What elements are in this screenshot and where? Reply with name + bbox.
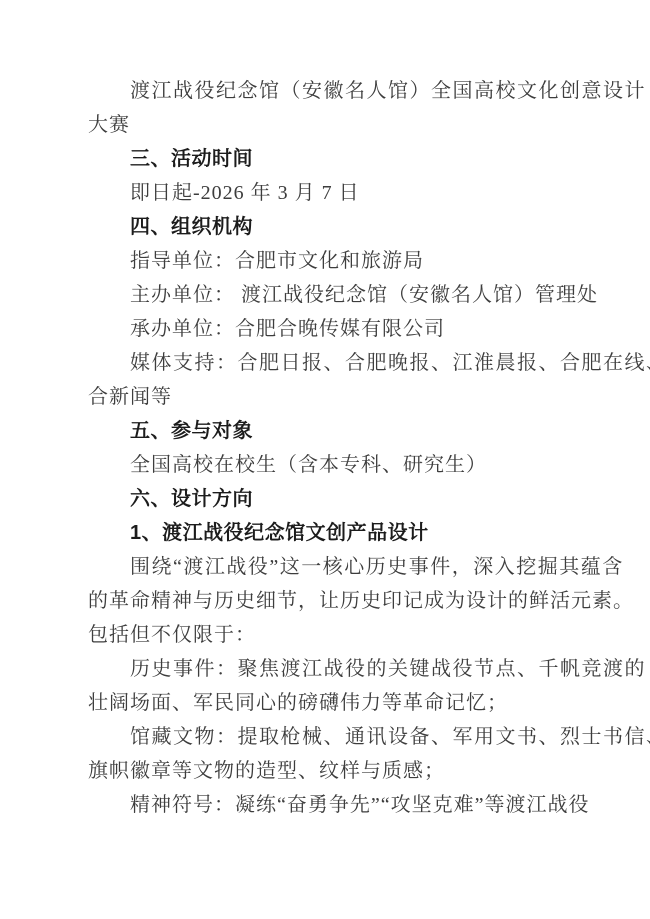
design-intro-line-2: 的革命精神与历史细节，让历史印记成为设计的鲜活元素。 xyxy=(88,584,572,618)
organizer-unit-text: 承办单位：合肥合晚传媒有限公司 xyxy=(88,312,572,346)
design-intro-line-1: 围绕“渡江战役”这一核心历史事件，深入挖掘其蕴含 xyxy=(88,550,572,584)
media-support-line-2: 合新闻等 xyxy=(88,380,572,414)
heading-sub-1-cultural-product-design: 1、渡江战役纪念馆文创产品设计 xyxy=(88,516,572,550)
heading-section-4-organization: 四、组织机构 xyxy=(88,210,572,244)
guidance-unit-text: 指导单位：合肥市文化和旅游局 xyxy=(88,244,572,278)
participants-text: 全国高校在校生（含本专科、研究生） xyxy=(88,448,572,482)
history-events-line-1: 历史事件：聚焦渡江战役的关键战役节点、千帆竞渡的 xyxy=(88,652,572,686)
design-intro-line-3: 包括但不仅限于： xyxy=(88,618,572,652)
heading-section-6-design-direction: 六、设计方向 xyxy=(88,482,572,516)
museum-artifacts-line-2: 旗帜徽章等文物的造型、纹样与质感； xyxy=(88,754,572,788)
heading-section-3-activity-time: 三、活动时间 xyxy=(88,142,572,176)
host-unit-text: 主办单位： 渡江战役纪念馆（安徽名人馆）管理处 xyxy=(88,278,572,312)
contest-title-line-1: 渡江战役纪念馆（安徽名人馆）全国高校文化创意设计 xyxy=(88,74,572,108)
contest-title-line-2: 大赛 xyxy=(88,108,572,142)
activity-date-text: 即日起-2026 年 3 月 7 日 xyxy=(88,176,572,210)
history-events-line-2: 壮阔场面、军民同心的磅礴伟力等革命记忆； xyxy=(88,686,572,720)
spirit-symbols-line: 精神符号：凝练“奋勇争先”“攻坚克难”等渡江战役 xyxy=(88,788,572,822)
heading-section-5-participants: 五、参与对象 xyxy=(88,414,572,448)
media-support-line-1: 媒体支持：合肥日报、合肥晚报、江淮晨报、合肥在线、 xyxy=(88,346,572,380)
document-page: 渡江战役纪念馆（安徽名人馆）全国高校文化创意设计 大赛 三、活动时间 即日起-2… xyxy=(0,0,650,919)
museum-artifacts-line-1: 馆藏文物：提取枪械、通讯设备、军用文书、烈士书信、 xyxy=(88,720,572,754)
